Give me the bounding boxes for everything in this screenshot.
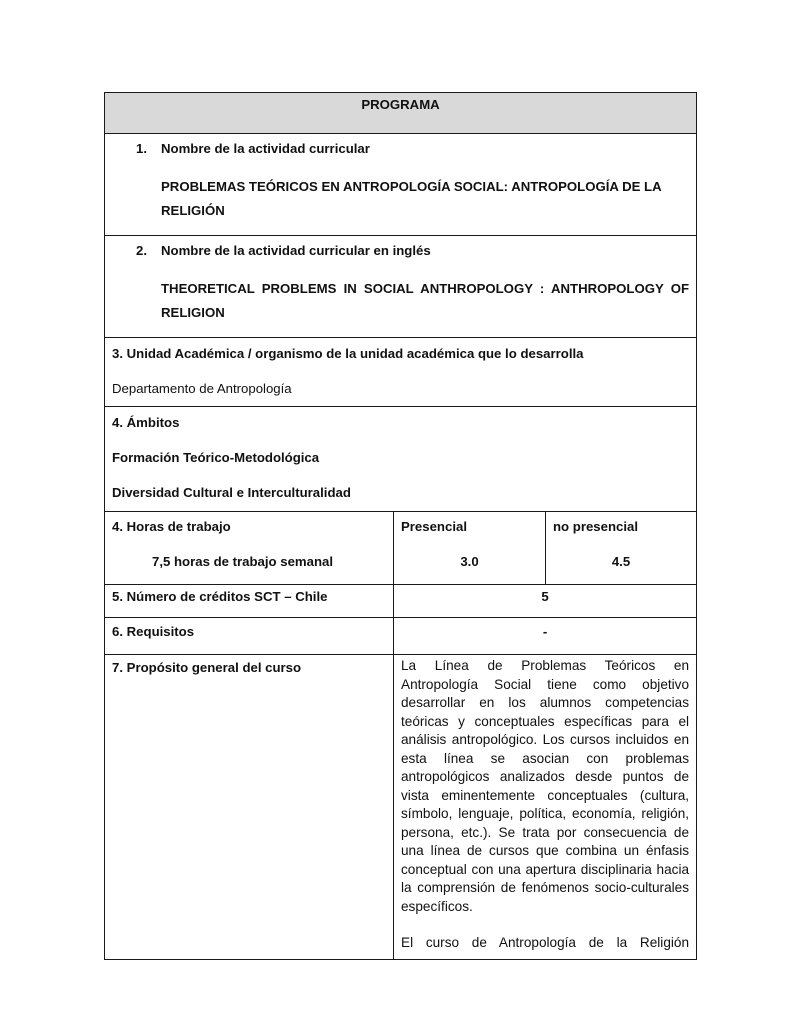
requirements-value-cell: - (394, 618, 697, 655)
hours-weekly-summary: 7,5 horas de trabajo semanal (112, 553, 386, 570)
section-3-row: 3. Unidad Académica / organismo de la un… (105, 338, 697, 407)
hours-label: 4. Horas de trabajo (112, 518, 386, 535)
presencial-label: Presencial (401, 518, 538, 535)
purpose-text-cell: La Línea de Problemas Teóricos en Antrop… (394, 655, 697, 960)
purpose-paragraph: La Línea de Problemas Teóricos en Antrop… (401, 657, 689, 916)
ambito-item: Formación Teórico-Metodológica (112, 449, 689, 466)
section-3-cell: 3. Unidad Académica / organismo de la un… (105, 338, 697, 407)
section-4-ambitos-row: 4. Ámbitos Formación Teórico-Metodológic… (105, 407, 697, 512)
section-2-label-text: Nombre de la actividad curricular en ing… (161, 243, 431, 258)
section-1-label: 1. Nombre de la actividad curricular (161, 140, 689, 157)
program-header: PROGRAMA (105, 93, 697, 134)
no-presencial-label: no presencial (553, 518, 689, 535)
credits-label-cell: 5. Número de créditos SCT – Chile (105, 585, 394, 618)
section-4-hours-row: 4. Horas de trabajo 7,5 horas de trabajo… (105, 512, 697, 585)
section-1-cell: 1. Nombre de la actividad curricular PRO… (105, 134, 697, 236)
presencial-cell: Presencial 3.0 (394, 512, 546, 585)
section-2-cell: 2. Nombre de la actividad curricular en … (105, 236, 697, 338)
no-presencial-cell: no presencial 4.5 (546, 512, 697, 585)
course-name-english: THEORETICAL PROBLEMS IN SOCIAL ANTHROPOL… (161, 277, 689, 325)
hours-label-cell: 4. Horas de trabajo 7,5 horas de trabajo… (105, 512, 394, 585)
section-1-label-text: Nombre de la actividad curricular (161, 141, 370, 156)
ambitos-label: 4. Ámbitos (112, 414, 689, 431)
credits-label: 5. Número de créditos SCT – Chile (112, 588, 386, 605)
section-4-ambitos-cell: 4. Ámbitos Formación Teórico-Metodológic… (105, 407, 697, 512)
program-table: PROGRAMA 1. Nombre de la actividad curri… (104, 92, 697, 960)
section-6-row: 6. Requisitos - (105, 618, 697, 655)
no-presencial-value: 4.5 (553, 553, 689, 570)
purpose-text: La Línea de Problemas Teóricos en Antrop… (401, 657, 689, 953)
purpose-label-cell: 7. Propósito general del curso (105, 655, 394, 960)
requirements-label: 6. Requisitos (112, 623, 386, 640)
requirements-value: - (401, 623, 689, 640)
section-1-number: 1. (136, 140, 147, 157)
purpose-label: 7. Propósito general del curso (112, 659, 386, 676)
section-3-label: 3. Unidad Académica / organismo de la un… (112, 345, 689, 362)
program-document: PROGRAMA 1. Nombre de la actividad curri… (104, 92, 696, 960)
course-name-spanish: PROBLEMAS TEÓRICOS EN ANTROPOLOGÍA SOCIA… (161, 175, 689, 223)
section-5-row: 5. Número de créditos SCT – Chile 5 (105, 585, 697, 618)
ambito-item: Diversidad Cultural e Interculturalidad (112, 484, 689, 501)
header-row: PROGRAMA (105, 93, 697, 134)
academic-unit-value: Departamento de Antropología (112, 380, 689, 397)
section-7-row: 7. Propósito general del curso La Línea … (105, 655, 697, 960)
requirements-label-cell: 6. Requisitos (105, 618, 394, 655)
presencial-value: 3.0 (401, 553, 538, 570)
section-2-label: 2. Nombre de la actividad curricular en … (161, 242, 689, 259)
section-2-number: 2. (136, 242, 147, 259)
credits-value-cell: 5 (394, 585, 697, 618)
purpose-paragraph: El curso de Antropología de la Religión (401, 934, 689, 953)
credits-value: 5 (401, 588, 689, 605)
section-2-row: 2. Nombre de la actividad curricular en … (105, 236, 697, 338)
section-1-row: 1. Nombre de la actividad curricular PRO… (105, 134, 697, 236)
